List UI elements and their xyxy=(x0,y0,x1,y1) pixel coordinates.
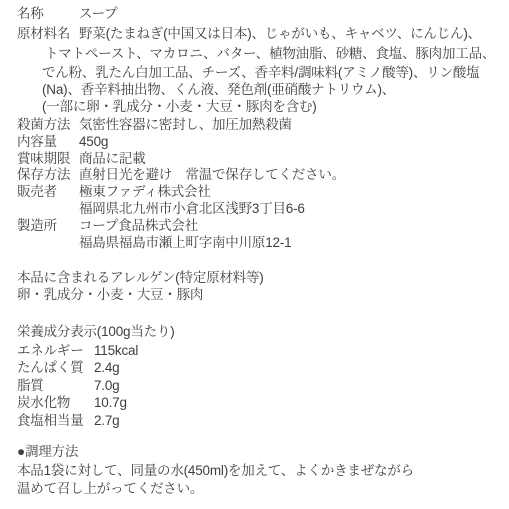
manufacturer-name: コープ食品株式会社 xyxy=(79,219,198,233)
product-name-label: 名称 xyxy=(17,7,44,21)
cooking-line-1: 本品1袋に対して、同量の水(450ml)を加えて、よくかきまぜながら xyxy=(17,464,414,478)
nutrition-protein-label: たんぱく質 xyxy=(17,361,84,375)
row-sterilization: 殺菌方法 気密性容器に密封し、加圧加熱殺菌 xyxy=(0,118,509,134)
nutrition-carbs-label: 炭水化物 xyxy=(17,396,70,410)
nutrition-fat-label: 脂質 xyxy=(17,379,44,393)
row-seller: 販売者 極東ファディ株式会社 xyxy=(0,185,509,201)
nutrition-row-carbs: 炭水化物 10.7g xyxy=(0,396,509,412)
net-content-label: 内容量 xyxy=(17,135,57,149)
storage-value: 直射日光を避け 常温で保存してください。 xyxy=(79,168,345,182)
sterilization-value: 気密性容器に密封し、加圧加熱殺菌 xyxy=(79,118,292,132)
nutrition-carbs-value: 10.7g xyxy=(94,396,127,410)
row-ingredients: 原材料名 野菜(たまねぎ(中国又は日本)、じゃがいも、キャベツ、にんじん)、 xyxy=(0,27,509,43)
ingredients-line-3: でん粉、乳たん白加工品、チーズ、香辛料/調味料(アミノ酸等)、リン酸塩 xyxy=(42,66,479,80)
nutrition-row-fat: 脂質 7.0g xyxy=(0,379,509,395)
manufacturer-label: 製造所 xyxy=(17,219,57,233)
row-manufacturer: 製造所 コープ食品株式会社 xyxy=(0,219,509,235)
nutrition-heading: 栄養成分表示(100g当たり) xyxy=(17,325,175,339)
nutrition-salt-label: 食塩相当量 xyxy=(17,414,84,428)
ingredients-label: 原材料名 xyxy=(17,27,70,41)
sterilization-label: 殺菌方法 xyxy=(17,118,70,132)
cooking-line-2: 温めて召し上がってください。 xyxy=(17,482,203,496)
cooking-heading: ●調理方法 xyxy=(17,445,78,459)
row-storage: 保存方法 直射日光を避け 常温で保存してください。 xyxy=(0,168,509,184)
row-net-content: 内容量 450g xyxy=(0,135,509,151)
product-name-value: スープ xyxy=(79,7,118,21)
nutrition-row-energy: エネルギー 115kcal xyxy=(0,344,509,360)
seller-label: 販売者 xyxy=(17,185,57,199)
row-product-name: 名称 スープ xyxy=(0,7,509,23)
manufacturer-address: 福島県福島市瀬上町字南中川原12-1 xyxy=(79,236,291,250)
ingredients-line-5: (一部に卵・乳成分・小麦・大豆・豚肉を含む) xyxy=(42,100,317,114)
seller-address: 福岡県北九州市小倉北区浅野3丁目6-6 xyxy=(79,202,305,216)
seller-name: 極東ファディ株式会社 xyxy=(79,185,211,199)
best-before-value: 商品に記載 xyxy=(79,152,146,166)
best-before-label: 賞味期限 xyxy=(17,152,70,166)
ingredients-line-1: 野菜(たまねぎ(中国又は日本)、じゃがいも、キャベツ、にんじん)、 xyxy=(79,27,481,41)
allergen-items: 卵・乳成分・小麦・大豆・豚肉 xyxy=(17,288,203,302)
row-best-before: 賞味期限 商品に記載 xyxy=(0,152,509,168)
product-label-sheet: 名称 スープ 原材料名 野菜(たまねぎ(中国又は日本)、じゃがいも、キャベツ、に… xyxy=(0,0,509,509)
nutrition-row-salt: 食塩相当量 2.7g xyxy=(0,414,509,430)
net-content-value: 450g xyxy=(79,135,108,149)
nutrition-energy-value: 115kcal xyxy=(94,344,138,358)
nutrition-energy-label: エネルギー xyxy=(17,344,84,358)
nutrition-protein-value: 2.4g xyxy=(94,361,119,375)
nutrition-fat-value: 7.0g xyxy=(94,379,119,393)
storage-label: 保存方法 xyxy=(17,168,70,182)
nutrition-row-protein: たんぱく質 2.4g xyxy=(0,361,509,377)
ingredients-line-2: トマトペースト、マカロニ、バター、植物油脂、砂糖、食塩、豚肉加工品、 xyxy=(45,47,495,61)
ingredients-line-4: (Na)、香辛料抽出物、くん液、発色剤(亜硝酸ナトリウム)、 xyxy=(42,83,395,97)
nutrition-salt-value: 2.7g xyxy=(94,414,119,428)
allergen-heading: 本品に含まれるアレルゲン(特定原材料等) xyxy=(17,271,264,285)
